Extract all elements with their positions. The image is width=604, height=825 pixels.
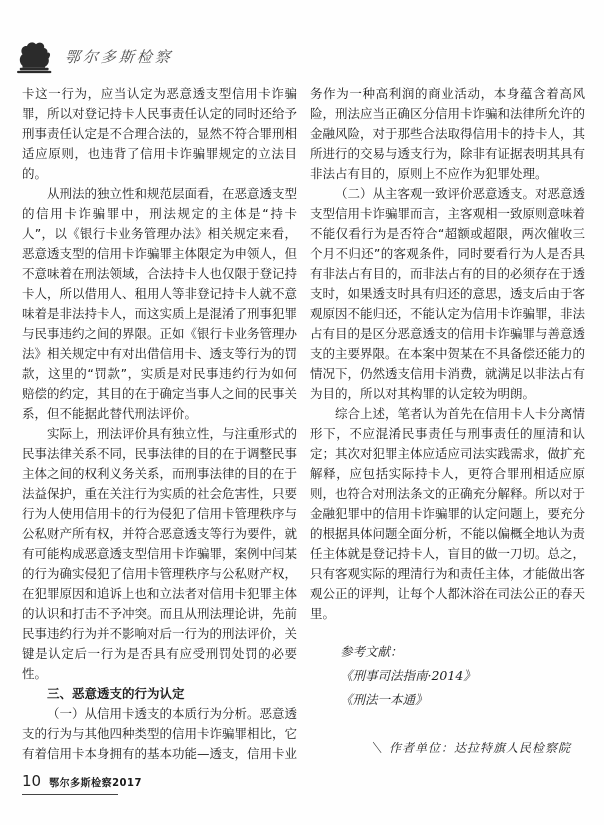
journal-logo-text: 鄂尔多斯检察 — [64, 46, 174, 67]
left-column: 卡这一行为，应当认定为恶意透支型信用卡诈骗罪，所以对登记持卡人民事责任认定的同时… — [22, 84, 297, 764]
body-paragraph: 综合上述，笔者认为首先在信用卡人卡分离情形下，不应混淆民事责任与刑事责任的厘清和… — [310, 404, 585, 624]
journal-page: 鄂尔多斯检察 卡这一行为，应当认定为恶意透支型信用卡诈骗罪，所以对登记持卡人民事… — [0, 0, 604, 825]
page-header: 鄂尔多斯检察 — [14, 38, 173, 74]
body-paragraph: 实际上，刑法评价具有独立性，与注重形式的民事法律关系不同，民事法律的目的在于调整… — [22, 424, 297, 684]
body-paragraph: 卡这一行为，应当认定为恶意透支型信用卡诈骗罪，所以对登记持卡人民事责任认定的同时… — [22, 84, 297, 184]
journal-name: 鄂尔多斯检察2017 — [49, 774, 142, 790]
author-affiliation-text: 作者单位：达拉特旗人民检察院 — [389, 741, 571, 755]
author-affiliation: ＼作者单位：达拉特旗人民检察院 — [310, 738, 571, 758]
references-title: 参考文献： — [340, 640, 585, 664]
page-footer: 10 鄂尔多斯检察2017 — [22, 774, 118, 795]
references-block: 参考文献： 《刑事司法指南·2014》 《刑法一本通》 — [310, 640, 585, 712]
author-slash-mark: ＼ — [370, 741, 383, 755]
body-paragraph: 从刑法的独立性和规范层面看，在恶意透支型的信用卡诈骗罪中，刑法规定的主体是“持卡… — [22, 184, 297, 424]
body-paragraph: 务作为一种高利润的商业活动，本身蕴含着高风险，刑法应当正确区分信用卡诈骗和法律所… — [310, 84, 585, 184]
section-heading: 三、恶意透支的行为认定 — [22, 684, 297, 704]
page-number: 10 — [22, 774, 41, 789]
right-column: 务作为一种高利润的商业活动，本身蕴含着高风险，刑法应当正确区分信用卡诈骗和法律所… — [310, 84, 585, 764]
stone-lion-icon — [14, 38, 58, 74]
article-body: 卡这一行为，应当认定为恶意透支型信用卡诈骗罪，所以对登记持卡人民事责任认定的同时… — [22, 84, 585, 764]
body-paragraph: （二）从主客观一致评价恶意透支。对恶意透支型信用卡诈骗罪而言，主客观相一致原则意… — [310, 184, 585, 404]
reference-item: 《刑法一本通》 — [340, 688, 585, 712]
body-paragraph: （一）从信用卡透支的本质行为分析。恶意透支的行为与其他四种类型的信用卡诈骗罪相比… — [22, 704, 297, 764]
reference-item: 《刑事司法指南·2014》 — [340, 664, 585, 688]
